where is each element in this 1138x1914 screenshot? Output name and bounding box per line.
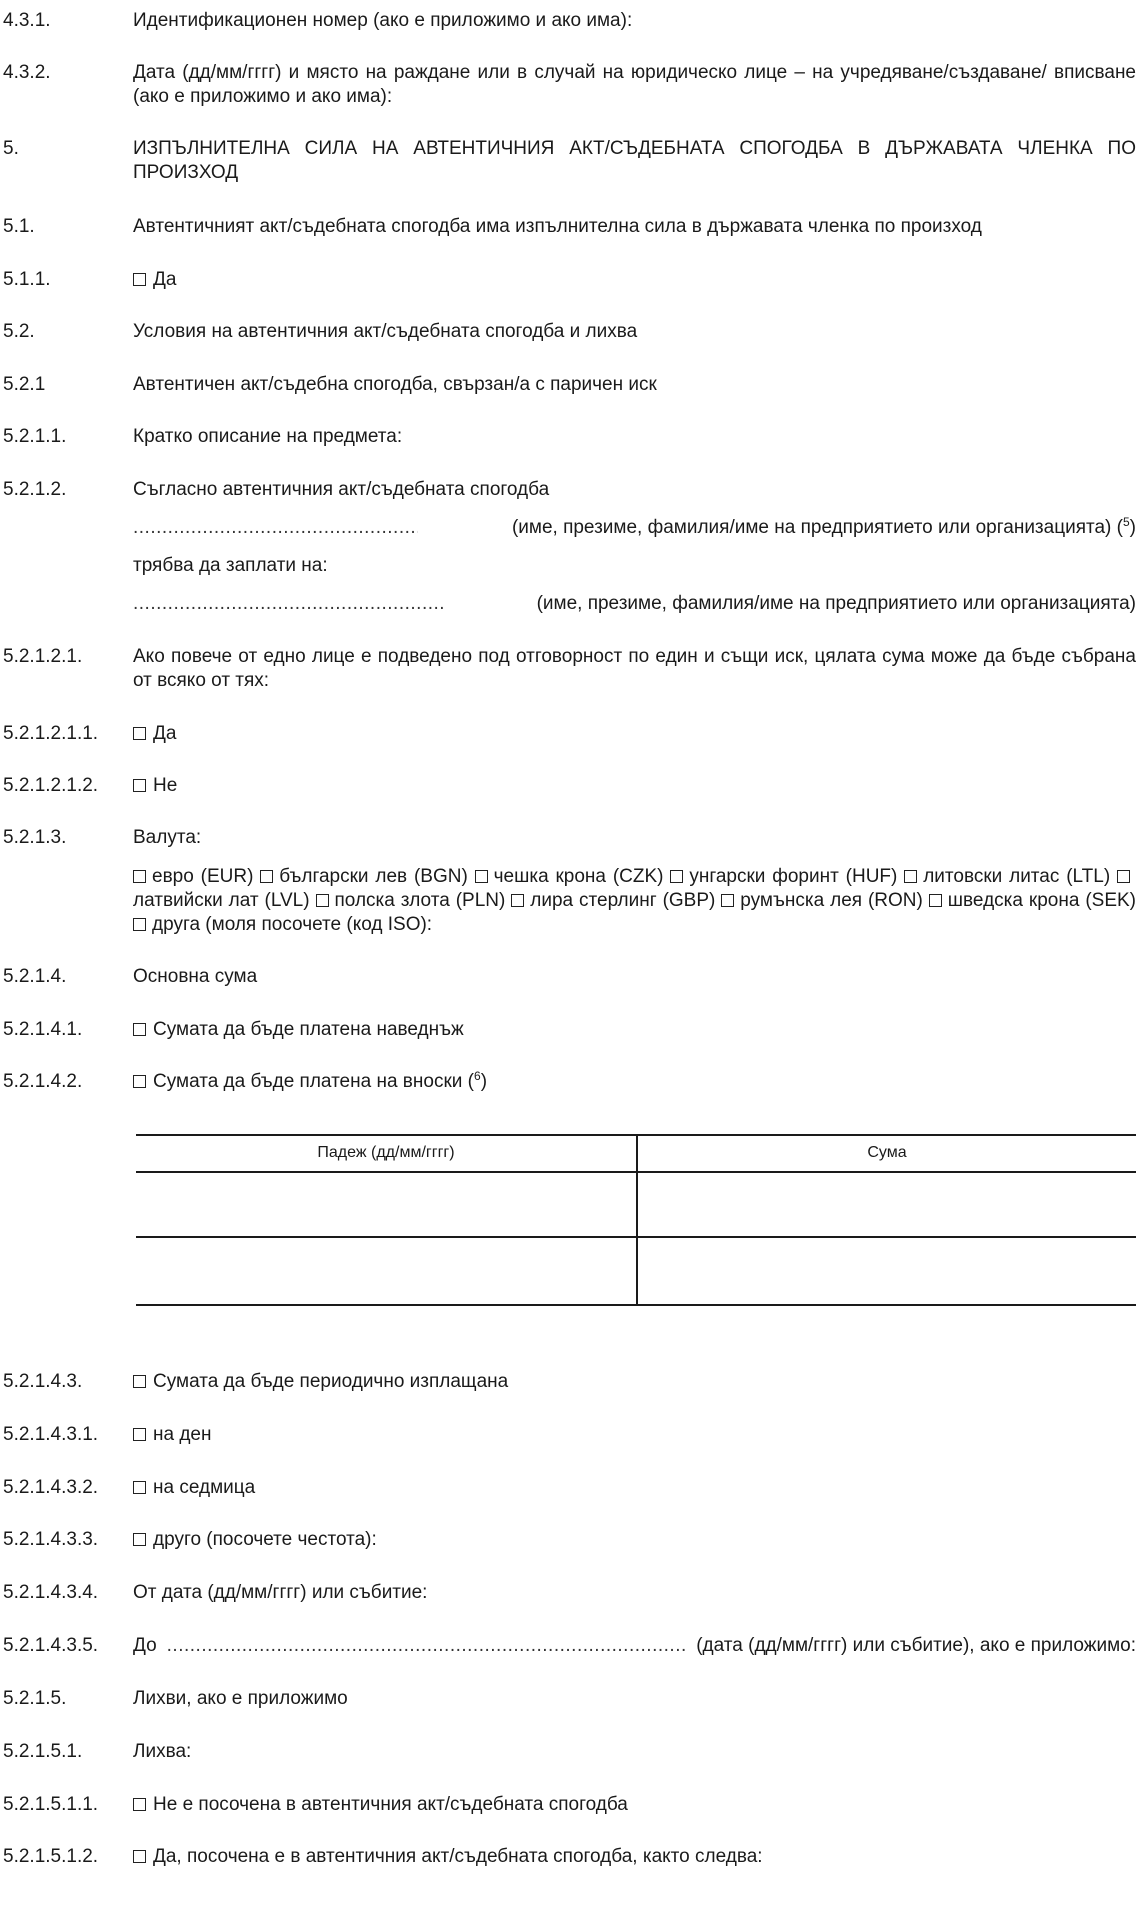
item-text: Автентичен акт/съдебна спогодба, свързан… [133, 373, 1136, 397]
checkbox-option[interactable]: на седмица [133, 1476, 1136, 1500]
item-number: 5.2.1.5.1.2. [3, 1845, 98, 1869]
item-text: Лихви, ако е приложимо [133, 1687, 1136, 1711]
currency-label: румънска лея (RON) [740, 890, 923, 911]
item-text: Дата (дд/мм/гггг) и място на раждане или… [133, 61, 1136, 109]
currency-option-other[interactable]: друга (моля посочете (код ISO): [133, 914, 432, 935]
column-header-due-date: Падеж (дд/мм/гггг) [136, 1134, 636, 1172]
option-label: на седмица [153, 1477, 255, 1498]
footnote-ref: 5 [1123, 515, 1130, 529]
checkbox-icon[interactable] [670, 870, 683, 883]
option-label: Сумата да бъде платена на вноски [153, 1071, 462, 1092]
table-cell-due-date-2[interactable] [136, 1238, 636, 1304]
checkbox-icon[interactable] [133, 870, 146, 883]
item-number: 5.2.1.4.3.3. [3, 1528, 98, 1552]
currency-option-bgn[interactable]: български лев (BGN) [260, 866, 468, 887]
column-header-amount: Сума [638, 1134, 1136, 1172]
option-label: Сумата да бъде платена наведнъж [153, 1019, 464, 1040]
checkbox-icon[interactable] [133, 918, 146, 931]
item-text: Автентичният акт/съдебната спогодба има … [133, 215, 1136, 239]
until-prefix: До [133, 1634, 157, 1658]
checkbox-option[interactable]: Сумата да бъде платена наведнъж [133, 1018, 1136, 1042]
item-text: Основна сума [133, 965, 1136, 989]
footnote-ref: 6 [474, 1069, 481, 1083]
checkbox-option[interactable]: Да [133, 268, 1136, 292]
debtor-label-text: (име, презиме, фамилия/име на предприяти… [512, 517, 1111, 538]
item-text: От дата (дд/мм/гггг) или събитие: [133, 1581, 1136, 1605]
debtor-label: (име, презиме, фамилия/име на предприяти… [512, 516, 1136, 540]
table-cell-amount-2[interactable] [638, 1238, 1136, 1304]
item-number: 5.2.1.4. [3, 965, 66, 989]
item-number: 5.2.1.2.1.2. [3, 774, 98, 798]
currency-label: унгарски форинт (HUF) [689, 866, 897, 887]
checkbox-icon[interactable] [133, 1375, 146, 1388]
currency-option-ron[interactable]: румънска лея (RON) [721, 890, 923, 911]
table-cell-amount-1[interactable] [638, 1173, 1136, 1236]
checkbox-icon[interactable] [511, 894, 524, 907]
item-number: 5.2.1.2.1. [3, 645, 82, 669]
item-number: 5.2.1.5.1. [3, 1740, 82, 1764]
option-label: Сумата да бъде периодично изплащана [153, 1371, 508, 1392]
until-date-blank[interactable]: ........................................… [167, 1634, 687, 1658]
option-label: Да [153, 723, 176, 744]
item-number: 5.2.1.4.3.5. [3, 1634, 98, 1658]
checkbox-icon[interactable] [929, 894, 942, 907]
currency-label: полска злота (PLN) [335, 890, 506, 911]
until-fill-line: До .....................................… [133, 1634, 1136, 1658]
checkbox-icon[interactable] [721, 894, 734, 907]
currency-label: друга (моля посочете (код ISO): [152, 914, 432, 935]
item-number: 5.2.1.5.1.1. [3, 1793, 98, 1817]
section-title: ИЗПЪЛНИТЕЛНА СИЛА НА АВТЕНТИЧНИЯ АКТ/СЪД… [133, 137, 1136, 185]
item-number: 5.2. [3, 320, 35, 344]
checkbox-option[interactable]: на ден [133, 1423, 1136, 1447]
currency-label: латвийски лат (LVL) [133, 890, 310, 911]
item-text: Идентификационен номер (ако е приложимо … [133, 9, 1136, 33]
currency-label: шведска крона (SEK) [948, 890, 1136, 911]
checkbox-icon[interactable] [133, 1075, 146, 1088]
item-text: Кратко описание на предмета: [133, 425, 1136, 449]
item-text: Валута: [133, 826, 1136, 850]
checkbox-icon[interactable] [133, 1481, 146, 1494]
currency-label: литовски литас (LTL) [923, 866, 1110, 887]
item-number: 4.3.2. [3, 61, 51, 85]
checkbox-icon[interactable] [1117, 870, 1130, 883]
option-label: Да [153, 269, 176, 290]
item-number: 5.2.1.4.1. [3, 1018, 82, 1042]
item-number: 5.2.1.4.3. [3, 1370, 82, 1394]
checkbox-icon[interactable] [133, 1533, 146, 1546]
installments-table: Падеж (дд/мм/гггг) Сума [136, 1134, 1136, 1310]
checkbox-icon[interactable] [133, 1850, 146, 1863]
item-number: 5.2.1.4.3.2. [3, 1476, 98, 1500]
currency-option-huf[interactable]: унгарски форинт (HUF) [670, 866, 897, 887]
item-number: 5.2.1.4.2. [3, 1070, 82, 1094]
currency-option-eur[interactable]: евро (EUR) [133, 866, 253, 887]
item-number: 5.2.1.2.1.1. [3, 722, 98, 746]
currency-option-gbp[interactable]: лира стерлинг (GBP) [511, 890, 715, 911]
currency-label: чешка крона (CZK) [494, 866, 664, 887]
item-text: Лихва: [133, 1740, 1136, 1764]
checkbox-icon[interactable] [133, 779, 146, 792]
item-text: Ако повече от едно лице е подведено под … [133, 645, 1136, 693]
item-number: 5.2.1.1. [3, 425, 66, 449]
must-pay-label: трябва да заплати на: [133, 554, 1136, 578]
option-label: друго (посочете честота): [153, 1529, 377, 1550]
currency-list: евро (EUR) български лев (BGN) чешка кро… [133, 865, 1136, 937]
option-label: Не е посочена в автентичния акт/съдебнат… [153, 1794, 628, 1815]
checkbox-icon[interactable] [133, 727, 146, 740]
item-number: 5.1.1. [3, 268, 51, 292]
item-number: 5.2.1.2. [3, 478, 66, 502]
checkbox-icon[interactable] [133, 1798, 146, 1811]
item-number: 5. [3, 137, 19, 161]
checkbox-icon[interactable] [133, 273, 146, 286]
checkbox-option[interactable]: Да [133, 722, 1136, 746]
item-number: 5.2.1.4.3.4. [3, 1581, 98, 1605]
currency-label: български лев (BGN) [279, 866, 468, 887]
checkbox-option[interactable]: Не е посочена в автентичния акт/съдебнат… [133, 1793, 1136, 1817]
currency-option-sek[interactable]: шведска крона (SEK) [929, 890, 1136, 911]
item-number: 5.2.1.3. [3, 826, 66, 850]
checkbox-option[interactable]: Сумата да бъде периодично изплащана [133, 1370, 1136, 1394]
checkbox-icon[interactable] [475, 870, 488, 883]
currency-label: евро (EUR) [152, 866, 253, 887]
creditor-name-blank[interactable]: ........................................… [133, 592, 445, 616]
checkbox-option[interactable]: Сумата да бъде платена на вноски (6) [133, 1070, 1136, 1094]
currency-option-czk[interactable]: чешка крона (CZK) [475, 866, 664, 887]
checkbox-icon[interactable] [133, 1023, 146, 1036]
checkbox-option[interactable]: друго (посочете честота): [133, 1528, 1136, 1552]
item-number: 5.2.1.5. [3, 1687, 66, 1711]
debtor-name-blank[interactable]: ........................................… [133, 516, 418, 540]
option-label: Да, посочена е в автентичния акт/съдебна… [153, 1846, 763, 1867]
table-cell-due-date-1[interactable] [136, 1173, 636, 1236]
checkbox-option[interactable]: Да, посочена е в автентичния акт/съдебна… [133, 1845, 1136, 1869]
checkbox-icon[interactable] [133, 1428, 146, 1441]
item-text: Условия на автентичния акт/съдебната спо… [133, 320, 1136, 344]
checkbox-icon[interactable] [260, 870, 273, 883]
checkbox-icon[interactable] [316, 894, 329, 907]
item-number: 4.3.1. [3, 9, 51, 33]
checkbox-icon[interactable] [904, 870, 917, 883]
currency-label: лира стерлинг (GBP) [530, 890, 715, 911]
currency-option-pln[interactable]: полска злота (PLN) [316, 890, 506, 911]
item-number: 5.1. [3, 215, 35, 239]
item-number: 5.2.1.4.3.1. [3, 1423, 98, 1447]
option-label: Не [153, 775, 177, 796]
option-label: на ден [153, 1424, 211, 1445]
currency-option-ltl[interactable]: литовски литас (LTL) [904, 866, 1110, 887]
item-number: 5.2.1 [3, 373, 45, 397]
item-text: Съгласно автентичния акт/съдебната спого… [133, 478, 1136, 502]
until-suffix: (дата (дд/мм/гггг) или събитие), ако е п… [696, 1634, 1136, 1658]
creditor-label: (име, презиме, фамилия/име на предприяти… [537, 592, 1136, 616]
checkbox-option[interactable]: Не [133, 774, 1136, 798]
